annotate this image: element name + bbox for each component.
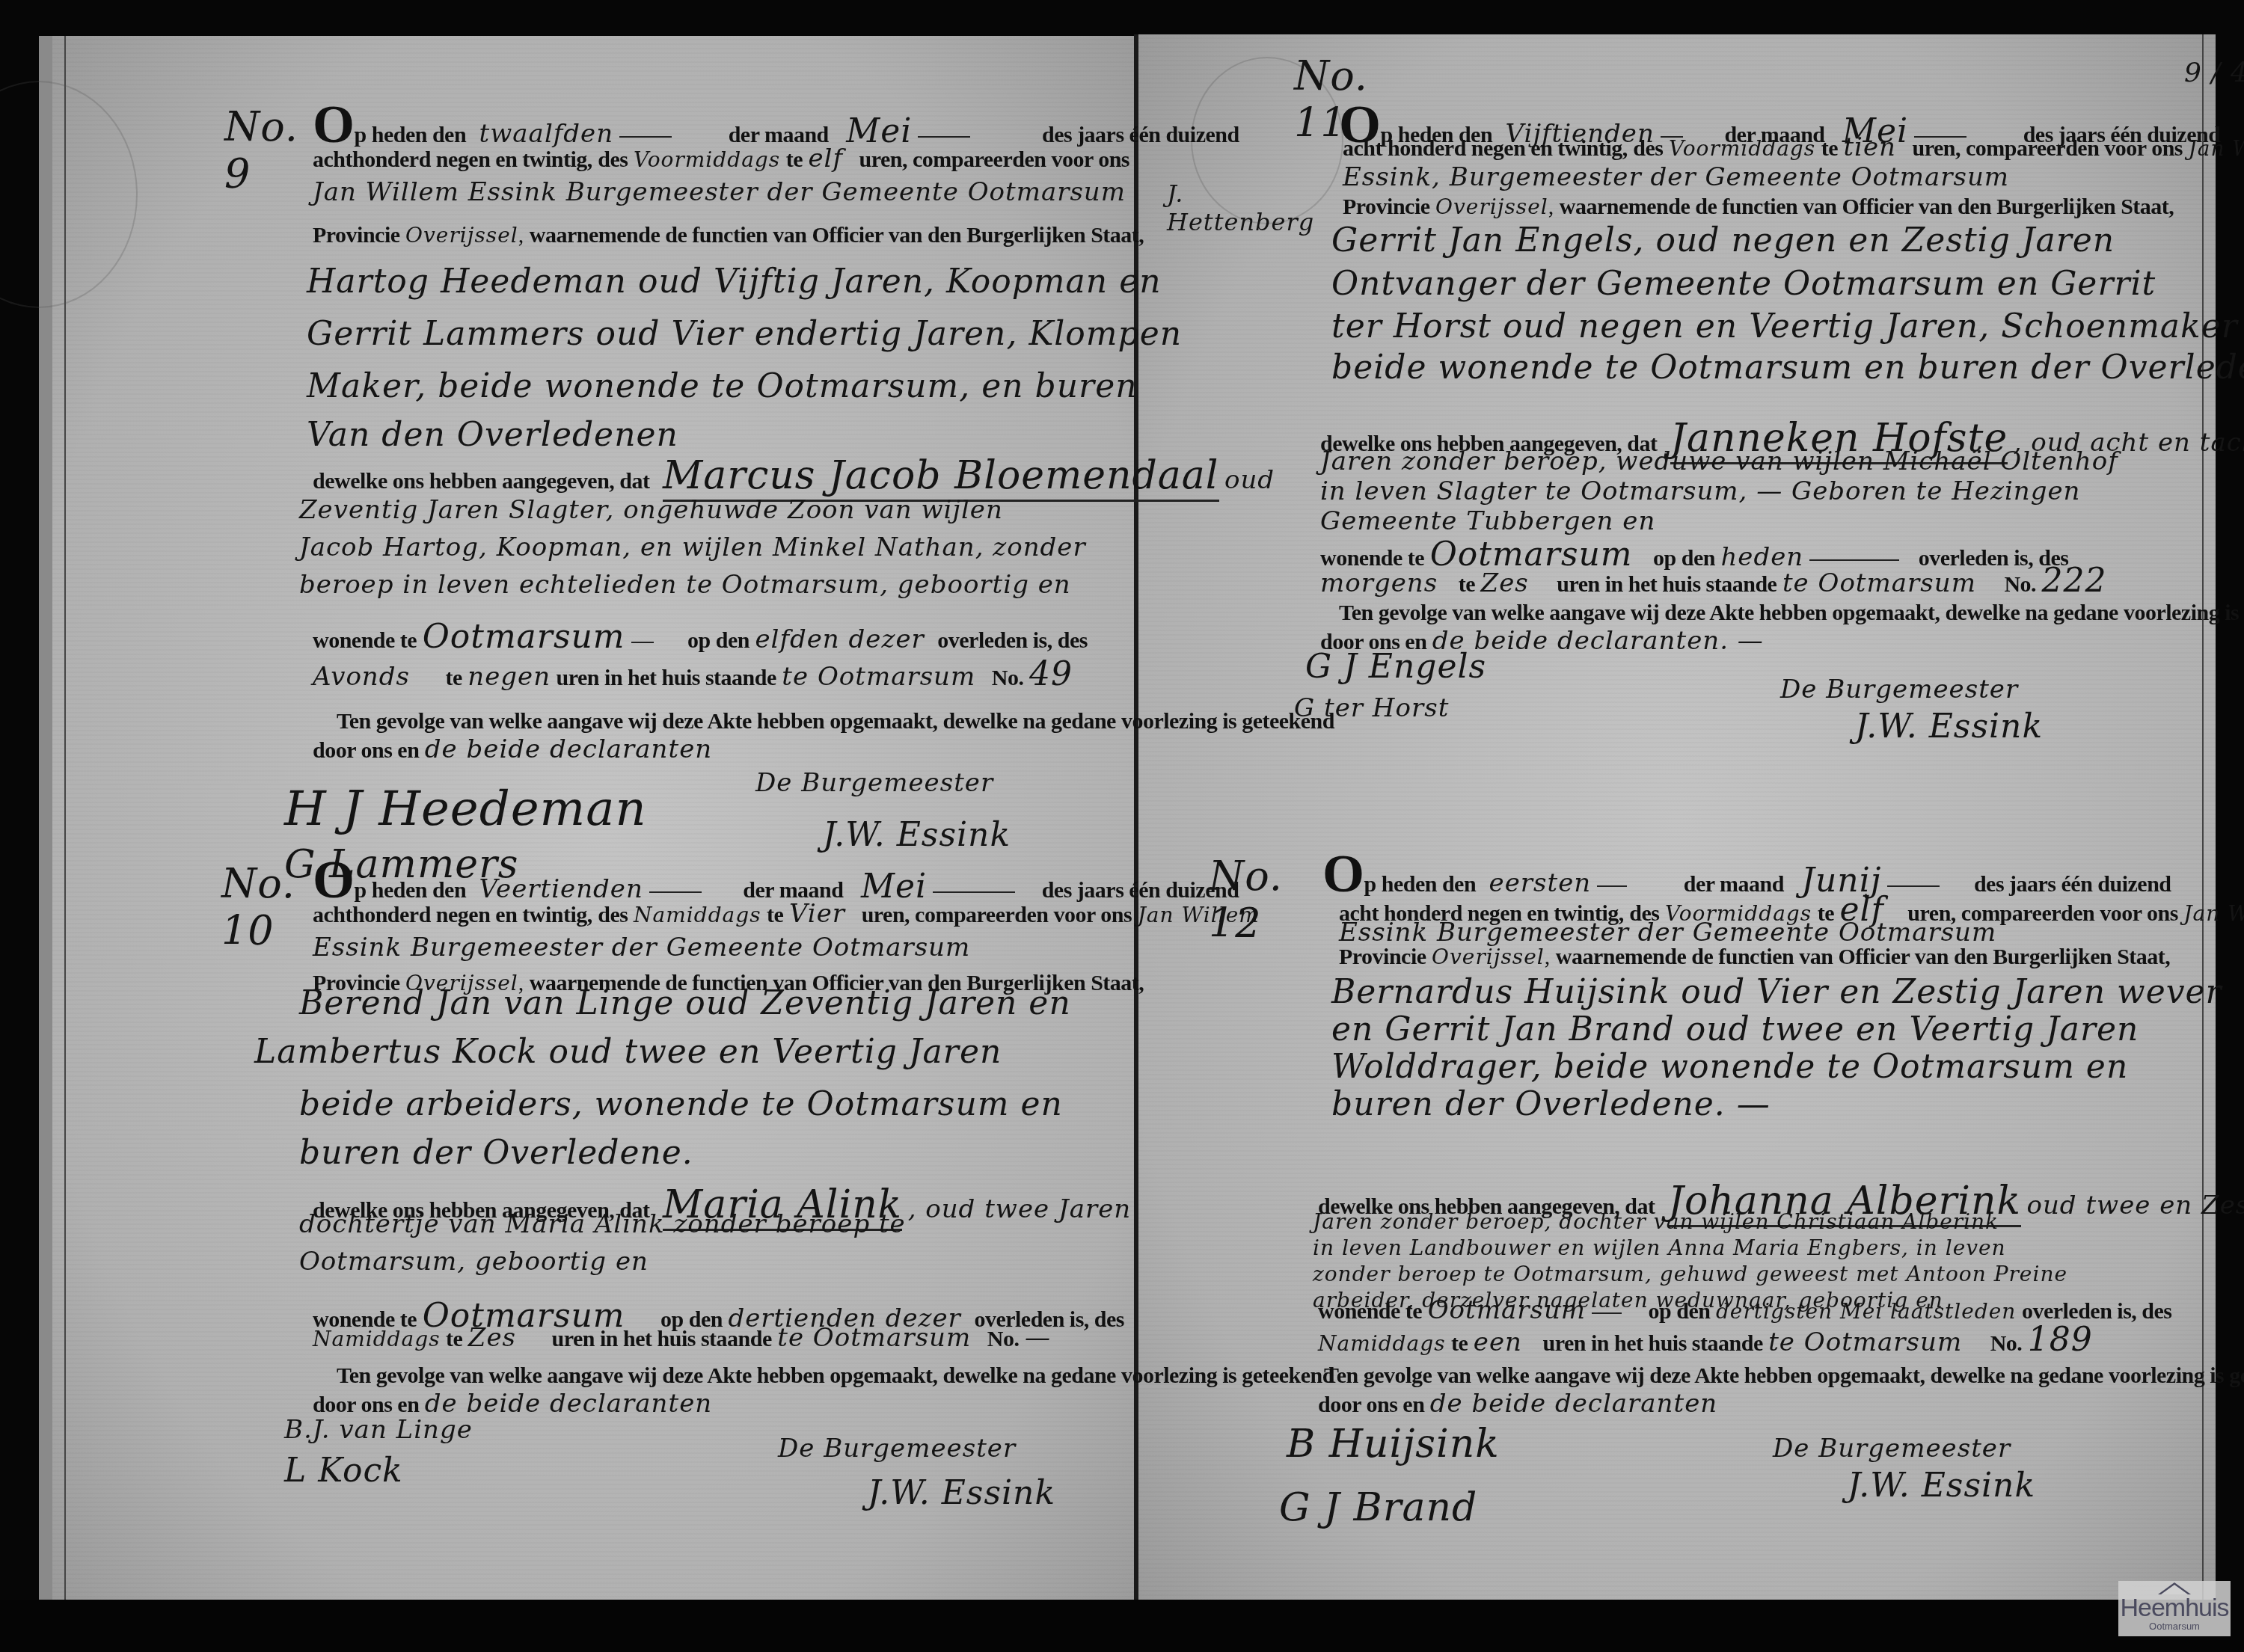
deceased-details: dochtertje van Maria Alink zonder beroep…	[299, 1212, 906, 1237]
printed-text: des	[598, 903, 628, 927]
printed-text: op den	[687, 628, 749, 653]
witness-line: Van den Overledenen	[307, 419, 678, 452]
house-number-field: 189	[2028, 1321, 2093, 1359]
entry-number: No. 9	[224, 103, 298, 197]
deceased-details: in leven Slagter te Ootmarsum, — Geboren…	[1320, 479, 2080, 504]
printed-text: te	[1459, 572, 1475, 597]
hour-field: tien	[1843, 132, 1896, 162]
mayor-signature: J.W. Essink	[1855, 710, 2043, 743]
mayor-title: De Burgemeester	[778, 1436, 1016, 1461]
death-time-field: morgens	[1320, 568, 1438, 598]
death-hour-field: Zes	[1481, 568, 1529, 598]
month-field: Mei	[861, 868, 927, 906]
declarants-field: de beide declaranten	[1430, 1389, 1717, 1419]
witness-signature: B.J. van Linge	[284, 1417, 473, 1443]
witness-line: Lambertus Kock oud twee en Veertig Jaren	[254, 1036, 1002, 1069]
official-line-a: Jan Willem	[2189, 136, 2244, 161]
deceased-details: Gemeente Tubbergen en	[1320, 509, 1655, 534]
printed-text: achthonderd negen en twintig,	[313, 903, 592, 927]
death-hour-field: een	[1474, 1327, 1522, 1357]
deceased-details: beroep in leven echtelieden te Ootmarsum…	[299, 572, 1071, 598]
province-field: Overijssel	[1435, 194, 1548, 219]
printed-text: Provincie	[313, 223, 400, 248]
printed-text: uren in het huis staande	[557, 666, 776, 690]
printed-text: door ons en	[313, 738, 419, 763]
printed-text: uren in het huis staande	[1543, 1331, 1763, 1356]
hour-field: elf	[808, 144, 843, 174]
printed-text: te	[767, 903, 783, 927]
house-number-field: 222	[2042, 562, 2107, 600]
time-of-day-field: Namiddags	[634, 903, 761, 927]
witness-signature: L Kock	[284, 1455, 403, 1487]
death-hour-field: negen	[467, 662, 551, 692]
deceased-details: Jaren zonder beroep, dochter van wijlen …	[1313, 1212, 1999, 1232]
witness-line: beide arbeiders, wonende te Ootmarsum en	[299, 1088, 1063, 1121]
deceased-details: zonder beroep te Ootmarsum, gehuwd gewee…	[1313, 1264, 2067, 1285]
deceased-details: Ootmarsum, geboortig en	[299, 1249, 649, 1274]
printed-text: No.	[992, 666, 1024, 690]
printed-text: uren in het huis staande	[1557, 572, 1776, 597]
deceased-details: Jacob Hartog, Koopman, en wijlen Minkel …	[299, 535, 1086, 560]
printed-text: waarnemende de functien van Officier van…	[1560, 194, 2174, 219]
witness-signature: G J Brand	[1279, 1488, 1477, 1527]
printed-text: achthonderd negen en twintig,	[313, 147, 592, 172]
witness-line: Berend Jan van Linge oud Zeventig Jaren …	[299, 987, 1071, 1020]
province-field: Overijssel	[1432, 945, 1545, 969]
printed-text: p heden den	[355, 878, 467, 903]
printed-text: door ons en	[1318, 1392, 1424, 1417]
mayor-title: De Burgemeester	[1780, 677, 2018, 702]
printed-text: overleden is, des	[937, 628, 1088, 653]
logo-name: Heemhuis	[2118, 1594, 2231, 1621]
printed-text: te	[1451, 1331, 1468, 1356]
witness-line: ter Horst oud negen en Veertig Jaren, Sc…	[1331, 310, 2238, 343]
entry-number: No. 10	[221, 860, 295, 954]
scan-bottom-edge	[0, 1600, 2244, 1652]
month-field: Mei	[846, 112, 912, 150]
house-location-field: te Ootmarsum	[782, 662, 975, 692]
house-number-field: —	[1025, 1323, 1051, 1353]
printed-text: des jaars één duizend	[1042, 123, 1239, 147]
printed-text: wonende te	[313, 628, 417, 653]
op-initial: O	[313, 850, 355, 909]
official-line: Essink, Burgemeester der Gemeente Ootmar…	[1343, 165, 2009, 190]
declarants-field: de beide declaranten	[425, 734, 712, 764]
witness-line: beide wonende te Ootmarsum en buren der …	[1331, 351, 2244, 384]
printed-text: te	[786, 147, 803, 172]
printed-text: No.	[987, 1327, 1020, 1351]
death-time-field: Namiddags	[1318, 1331, 1446, 1356]
witness-line: Gerrit Lammers oud Vier endertig Jaren, …	[307, 318, 1182, 351]
witness-signature: G ter Horst	[1294, 696, 1449, 721]
deceased-age-prefix: oud	[1224, 465, 1275, 495]
official-line-a: Jan Willem	[2183, 901, 2244, 926]
printed-text: waarnemende de functien van Officier van…	[1556, 945, 2171, 969]
printed-text: uren in het huis staande	[552, 1327, 772, 1351]
printed-text: des	[598, 147, 628, 172]
printed-text: te	[1821, 136, 1838, 161]
printed-closing: Ten gevolge van welke aangave wij deze A…	[1324, 1365, 2244, 1387]
witness-line: buren der Overledene. —	[1331, 1088, 1771, 1121]
official-line: Jan Willem Essink Burgemeester der Gemee…	[313, 179, 1126, 205]
witness-signature: G J Engels	[1305, 651, 1486, 684]
mayor-signature: J.W. Essink	[868, 1477, 1055, 1510]
hour-field: Vier	[789, 899, 845, 929]
house-roof-icon	[2158, 1582, 2191, 1594]
witness-line: Bernardus Huijsink oud Vier en Zestig Ja…	[1331, 976, 2222, 1009]
witness-line: en Gerrit Jan Brand oud twee en Veertig …	[1331, 1013, 2139, 1046]
printed-text: No.	[1990, 1331, 2023, 1356]
logo-subtitle: Ootmarsum	[2118, 1621, 2231, 1632]
day-field: twaalfden	[479, 119, 614, 149]
declarants-field: de beide declaranten	[425, 1389, 712, 1419]
mayor-title: De Burgemeester	[755, 770, 993, 796]
printed-closing: Ten gevolge van welke aangave wij deze A…	[1339, 602, 2244, 624]
mayor-signature: J.W. Essink	[1848, 1470, 2035, 1502]
printed-text: Provincie	[1339, 945, 1426, 969]
official-line: Essink Burgemeester der Gemeente Ootmars…	[313, 935, 970, 960]
witness-line: Maker, beide wonende te Ootmarsum, en bu…	[307, 370, 1138, 403]
house-location-field: te Ootmarsum	[1768, 1327, 1962, 1357]
deceased-details: Zeventig Jaren Slagter, ongehuwde Zoon v…	[299, 497, 1003, 523]
printed-text: wonende te	[1318, 1299, 1422, 1324]
printed-text: waarnemende de functien van Officier van…	[530, 223, 1144, 248]
op-initial: O	[313, 94, 355, 154]
death-time-field: Namiddags	[313, 1327, 441, 1351]
printed-text: door ons en	[313, 1392, 419, 1417]
house-location-field: te Ootmarsum	[777, 1323, 971, 1353]
time-of-day-field: Voormiddags	[634, 147, 780, 172]
printed-text: des	[1633, 136, 1663, 161]
embossed-seal	[0, 81, 138, 308]
house-location-field: te Ootmarsum	[1782, 568, 1976, 598]
folio-number: 9 / 4	[2184, 60, 2244, 87]
deceased-age-prefix: oud twee en Zestig	[2026, 1191, 2244, 1220]
death-time-field: Avonds	[313, 662, 410, 692]
printed-text: op den	[1649, 1299, 1711, 1324]
house-number-field: 49	[1029, 655, 1073, 693]
official-line: Essink Burgemeester der Gemeente Ootmars…	[1339, 920, 1996, 945]
witness-line: Gerrit Jan Engels, oud negen en Zestig J…	[1331, 224, 2115, 257]
witness-line: buren der Overledene.	[299, 1137, 693, 1170]
witness-signature: B Huijsink	[1287, 1425, 1500, 1464]
printed-text: No.	[2004, 572, 2036, 597]
printed-text: p heden den	[355, 123, 467, 147]
printed-text: uren, compareerden voor ons	[862, 903, 1132, 927]
printed-text: te	[446, 1327, 462, 1351]
deceased-details: in leven Landbouwer en wijlen Anna Maria…	[1313, 1238, 2006, 1259]
heemhuis-logo: Heemhuis Ootmarsum	[2118, 1581, 2231, 1636]
printed-text: uren, compareerden voor ons	[1913, 136, 2183, 161]
time-of-day-field: Voormiddags	[1669, 136, 1815, 161]
printed-text: acht honderd negen en twintig,	[1343, 136, 1628, 161]
witness-signature: H J Heedeman	[284, 785, 647, 833]
printed-closing: Ten gevolge van welke aangave wij deze A…	[337, 710, 1334, 733]
residence-field: Ootmarsum	[423, 618, 625, 656]
printed-text: Provincie	[1343, 194, 1430, 219]
entry-number: No. 12	[1209, 853, 1283, 947]
residence-field: Ootmarsum	[1428, 1295, 1586, 1325]
printed-text: uren, compareerden voor ons	[859, 147, 1130, 172]
province-field: Overijssel	[405, 223, 518, 248]
death-day-field: elfden dezer	[755, 624, 924, 654]
witness-line: Hartog Heedeman oud Vijftig Jaren, Koopm…	[307, 265, 1162, 298]
printed-text: dewelke ons hebben aangegeven, dat	[313, 469, 650, 494]
death-hour-field: Zes	[468, 1323, 516, 1353]
death-day-field: dertigsten Mei laatstleden	[1716, 1299, 2017, 1324]
deceased-details: Jaren zonder beroep, weduwe van wijlen M…	[1320, 449, 2118, 474]
deceased-age-prefix: , oud twee Jaren	[908, 1194, 1132, 1224]
mayor-signature: J.W. Essink	[823, 819, 1011, 852]
printed-text: te	[445, 666, 462, 690]
day-field: Veertienden	[479, 874, 643, 904]
witness-line: Ontvanger der Gemeente Ootmarsum en Gerr…	[1331, 268, 2156, 301]
mayor-title: De Burgemeester	[1773, 1436, 2011, 1461]
witness-line: Wolddrager, beide wonende te Ootmarsum e…	[1331, 1051, 2128, 1084]
printed-closing: Ten gevolge van welke aangave wij deze A…	[337, 1365, 1334, 1387]
margin-annotation: J. Hettenberg	[1167, 179, 1314, 236]
